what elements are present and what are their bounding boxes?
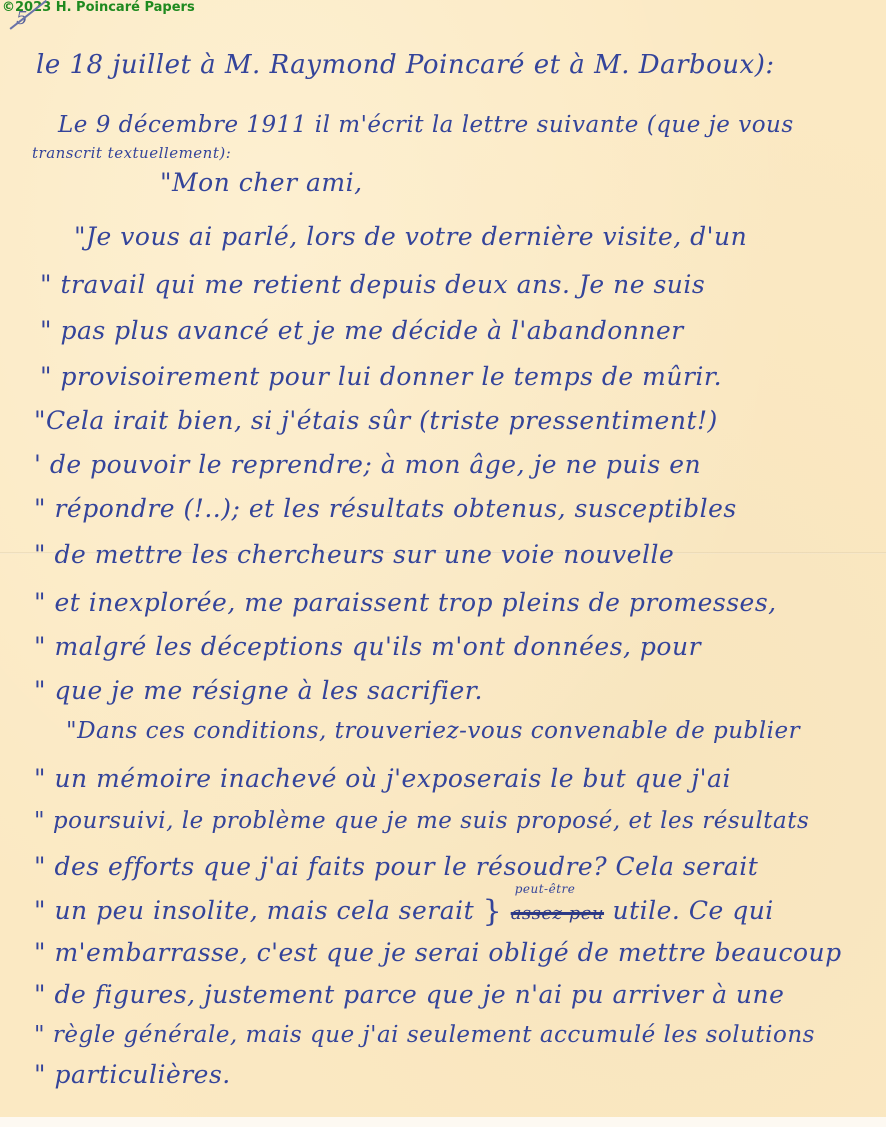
letter-line: " des efforts que j'ai faits pour le rés… [34, 852, 758, 881]
letter-line: " pas plus avancé et je me décide à l'ab… [40, 316, 684, 345]
letter-line: " règle générale, mais que j'ai seulemen… [34, 1022, 815, 1048]
letter-line: ' de pouvoir le reprendre; à mon âge, je… [34, 450, 701, 479]
letter-line: " m'embarrasse, c'est que je serai oblig… [34, 938, 842, 967]
letter-line: "Cela irait bien, si j'étais sûr (triste… [34, 406, 718, 435]
manuscript-page: ©2023 H. Poincaré Papers 5 le 18 juillet… [0, 0, 886, 1117]
letter-line: " travail qui me retient depuis deux ans… [40, 270, 705, 299]
letter-line: " et inexplorée, me paraissent trop plei… [34, 588, 777, 617]
intro-line-3: transcrit textuellement): [32, 144, 231, 162]
letter-line-with-correction: " un peu insolite, mais cela serait } pe… [34, 892, 774, 927]
struck-words: assez peu [511, 903, 604, 924]
line-text-after: utile. Ce qui [613, 896, 774, 925]
letter-line: " provisoirement pour lui donner le temp… [40, 362, 722, 391]
letter-line: " un mémoire inachevé où j'exposerais le… [34, 764, 731, 793]
letter-line: " poursuivi, le problème que je me suis … [34, 808, 809, 834]
letter-line: " répondre (!..); et les résultats obten… [34, 494, 737, 523]
page-bottom-margin [0, 1117, 886, 1127]
letter-line: " de figures, justement parce que je n'a… [34, 980, 784, 1009]
letter-line: " que je me résigne à les sacrifier. [34, 676, 483, 705]
letter-line: "Je vous ai parlé, lors de votre dernièr… [74, 222, 747, 251]
letter-line: " particulières. [34, 1060, 231, 1089]
letter-line: " de mettre les chercheurs sur une voie … [34, 540, 674, 569]
line-text-before: " un peu insolite, mais cela serait [34, 896, 474, 925]
correction-brace: } [483, 894, 503, 929]
intro-line-2: Le 9 décembre 1911 il m'écrit la lettre … [58, 112, 794, 138]
correction-group: peut-être assez peu [511, 896, 604, 925]
letter-line: "Dans ces conditions, trouveriez-vous co… [66, 718, 800, 744]
letter-line: " malgré les déceptions qu'ils m'ont don… [34, 632, 701, 661]
letter-salutation: "Mon cher ami, [160, 168, 363, 197]
intro-line-1: le 18 juillet à M. Raymond Poincaré et à… [36, 50, 775, 80]
inserted-word: peut-être [515, 882, 576, 896]
